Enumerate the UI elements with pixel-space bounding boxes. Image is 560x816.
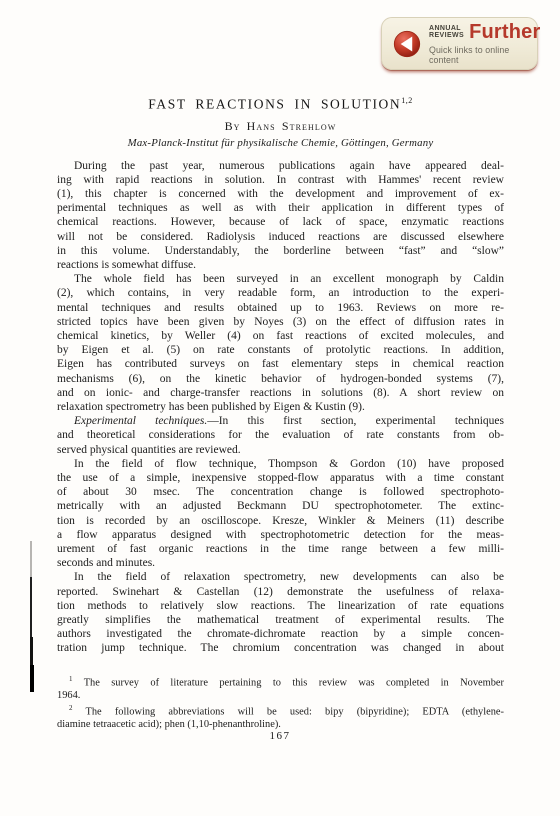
article-byline: By Hans Strehlow (57, 120, 504, 133)
journal-page: ANNUAL REVIEWS Further Quick links to on… (0, 0, 560, 816)
back-arrow-icon (393, 30, 421, 58)
article-content: FAST REACTIONS IN SOLUTION1,2 By Hans St… (57, 93, 504, 732)
text-line: Eigen has contributed surveys on fast el… (57, 357, 504, 371)
title-footnote-marker: 1,2 (401, 96, 413, 105)
article-affiliation: Max-Planck-Institut für physikalische Ch… (57, 137, 504, 150)
text-line: chemical reactions. However, because of … (57, 215, 504, 229)
text-line: ing with rapid reactions in solution. In… (57, 173, 504, 187)
annual-reviews-line1: ANNUAL (429, 25, 464, 33)
text-line: metrically with an adjusted Beckmann DU … (57, 499, 504, 513)
text-line: stricted topics have been given by Noyes… (57, 315, 504, 329)
footnotes: 1 The survey of literature pertaining to… (57, 673, 504, 732)
text-line: In the field of relaxation spectrometry,… (57, 570, 504, 584)
text-line: urement of fast organic reactions in the… (57, 542, 504, 556)
paragraph: Experimental techniques.—In this first s… (57, 414, 504, 457)
text-line: authors investigated the chromate-dichro… (57, 627, 504, 641)
footnote-line: 1 The survey of literature pertaining to… (57, 673, 504, 690)
text-line: The whole field has been surveyed in an … (57, 272, 504, 286)
text-line: tion methods to relatively slow reaction… (57, 599, 504, 613)
text-line: During the past year, numerous publicati… (57, 159, 504, 173)
text-line: and theoretical considerations for the e… (57, 428, 504, 442)
scan-artifact-line (30, 541, 35, 692)
text-line: served physical quantities are reviewed. (57, 443, 504, 457)
paragraph: During the past year, numerous publicati… (57, 159, 504, 273)
text-line: reactions is somewhat diffuse. (57, 258, 504, 272)
footnote-marker: 2 (69, 704, 73, 712)
text-line: a flow apparatus designed with spectroph… (57, 528, 504, 542)
text-line: by Eigen et al. (5) on rate constants of… (57, 343, 504, 357)
text-line: the use of a simple, inexpensive stopped… (57, 471, 504, 485)
paragraph: In the field of relaxation spectrometry,… (57, 570, 504, 655)
text-line: seconds and minutes. (57, 556, 504, 570)
annual-reviews-logo-text: ANNUAL REVIEWS (429, 25, 464, 40)
text-line: relaxation spectrometry has been publish… (57, 400, 504, 414)
text-line: (2), which contains, in very readable fo… (57, 286, 504, 300)
text-line: tion is recorded by an oscilloscope. Kre… (57, 514, 504, 528)
text-line: reported. Swinehart & Castellan (12) dem… (57, 585, 504, 599)
text-line: tration jump technique. The chromium con… (57, 641, 504, 655)
badge-subtitle: Quick links to online content (429, 45, 541, 65)
footnote-marker: 1 (69, 675, 73, 683)
text-line: Experimental techniques.—In this first s… (57, 414, 504, 428)
badge-text-block: ANNUAL REVIEWS Further Quick links to on… (429, 22, 541, 65)
text-line: will not be considered. Radiolysis induc… (57, 230, 504, 244)
text-line: greatly simplifies the mathematical trea… (57, 613, 504, 627)
text-line: in this volume. Understandably, the bord… (57, 244, 504, 258)
text-line: and on ionic- and charge-transfer reacti… (57, 386, 504, 400)
text-line: perimental techniques as well as with th… (57, 201, 504, 215)
page-number: 167 (0, 730, 560, 742)
text-line: of about 30 msec. The concentration chan… (57, 485, 504, 499)
text-line: In the field of flow technique, Thompson… (57, 457, 504, 471)
text-line: chemical kinetics, by Weller (4) on fast… (57, 329, 504, 343)
annual-reviews-further-badge[interactable]: ANNUAL REVIEWS Further Quick links to on… (381, 17, 538, 70)
article-body: During the past year, numerous publicati… (57, 159, 504, 656)
text-line: mechanisms (6), on the kinetic behavior … (57, 372, 504, 386)
paragraph: The whole field has been surveyed in an … (57, 272, 504, 414)
italic-lead: Experimental techniques. (74, 415, 207, 427)
text-line: (1), this chapter is concerned with the … (57, 187, 504, 201)
footnote-line: 2 The following abbreviations will be us… (57, 702, 504, 719)
article-title: FAST REACTIONS IN SOLUTION1,2 (57, 93, 504, 113)
paragraph: In the field of flow technique, Thompson… (57, 457, 504, 571)
badge-title: Further (469, 22, 540, 42)
text-line: mental techniques and results obtained u… (57, 301, 504, 315)
annual-reviews-line2: REVIEWS (429, 32, 464, 40)
footnote-line: 1964. (57, 690, 504, 703)
article-title-text: FAST REACTIONS IN SOLUTION (148, 97, 401, 112)
